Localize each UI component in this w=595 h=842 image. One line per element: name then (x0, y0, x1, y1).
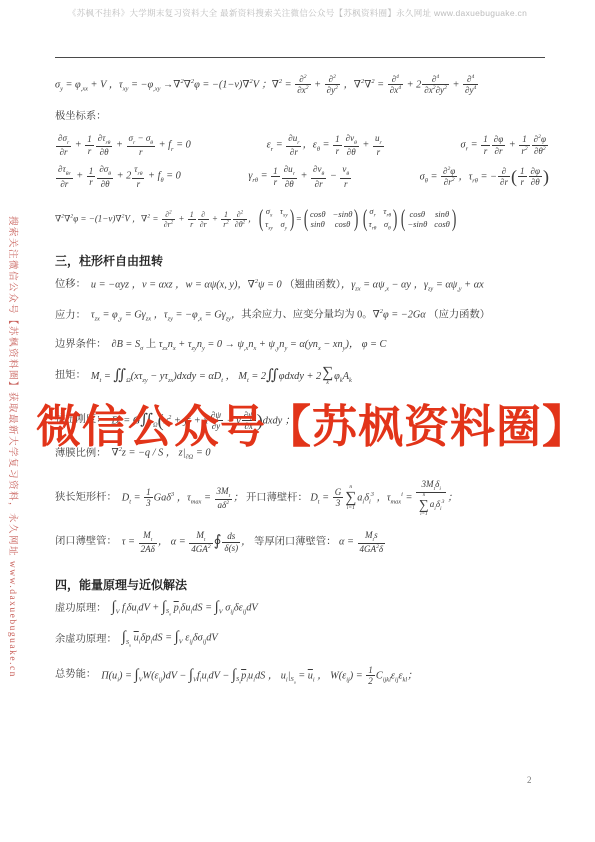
formula-label: 虚功原理： (55, 603, 106, 616)
formula-body: τ = Mt2Aδ， α = Mt4GA2∮dsδ(s)， 等厚闭口薄壁管： α… (122, 530, 386, 555)
formula-line: σy = φ,xx + V ，τxy = −φ,xy →∇2∇2φ = −(1−… (55, 74, 549, 96)
labeled-formula-line: 边界条件：∂B = Sσ 上 τzxnx + τzyny = 0 → ψ,xnx… (55, 339, 549, 353)
labeled-formula-line: 总势能：Π(ui) = ∫VW(εij)dV − ∫VfiuidV − ∫Sσp… (55, 665, 549, 687)
header-divider (55, 57, 545, 58)
labeled-formula-line: 闭口薄壁管：τ = Mt2Aδ， α = Mt4GA2∮dsδ(s)， 等厚闭口… (55, 530, 549, 555)
formula-cell: γrθ = 1r∂ur∂θ + ∂vθ∂r − vθr (248, 164, 352, 189)
page-number: 2 (527, 775, 532, 785)
labeled-formula-line: 应力：τzx = φ,y = Gγzx ，τzy = −φ,x = Gγzy，其… (55, 308, 549, 323)
formula-label: 边界条件： (55, 339, 106, 352)
labeled-formula-line: 余虚功原理：∫Su uiδpidS = ∫V εijδσijdV (55, 632, 549, 648)
formula-row: ∂σr∂r + 1r∂τrθ∂θ + σr − σθr + fr = 0εr =… (55, 133, 549, 158)
formula-cell: σr = 1r∂φ∂r + 1r2∂2φ∂θ2 (461, 134, 549, 156)
formula-label: 狭长矩形杆： (55, 492, 117, 505)
labeled-formula-line: 扭矩：Mt = ∬Ω(xτzy − yτzx)dxdy = αDt ， Mt =… (55, 366, 549, 387)
formula-body: τzx = φ,y = Gγzx ，τzy = −φ,x = Gγzy，其余应力… (91, 308, 490, 323)
section-heading: 三，柱形杆自由扭转 (55, 254, 549, 269)
formula-body: Mt = ∬Ω(xτzy − yτzx)dxdy = αDt ， Mt = 2∬… (91, 366, 352, 387)
side-watermark-text: 搜索关注微信公众号【苏枫资料圈】获取最新大学复习资料，永久网址 www.daxu… (7, 216, 21, 678)
formula-cell: εr = ∂ur∂r，εθ = 1r∂vθ∂θ + urr (267, 133, 385, 158)
formula-body: Dt = 13Gaδ3 ，τmax = 3Mtaδ2； 开口薄壁杆： Dt = … (122, 479, 458, 517)
labeled-formula-line: 位移：u = −αyz ，v = αxz ，w = αψ(x, y)，∇2ψ =… (55, 278, 549, 293)
document-page: 《苏枫不挂科》大学期末复习资料大全 最新资料搜索关注微信公众号【苏枫资料圈】永久… (0, 0, 595, 842)
formula-label: 总势能： (55, 669, 96, 682)
center-watermark-text: 微信公众号【苏枫资料圈】 (36, 390, 576, 455)
page-header-text: 《苏枫不挂科》大学期末复习资料大全 最新资料搜索关注微信公众号【苏枫资料圈】永久… (0, 7, 595, 19)
formula-cell: ∂σr∂r + 1r∂τrθ∂θ + σr − σθr + fr = 0 (55, 133, 191, 158)
formula-label: 位移： (55, 279, 86, 292)
formula-label: 余虚功原理： (55, 634, 117, 647)
formula-label: 闭口薄壁管： (55, 536, 117, 549)
formula-label: 扭矩： (55, 370, 86, 383)
formula-cell: ∂τθr∂r + 1r∂σθ∂θ + 2τrθr + fθ = 0 (55, 164, 181, 189)
labeled-formula-line: 虚功原理：∫V fiδuidV + ∫Sσ piδuidS = ∫V σijδε… (55, 602, 549, 618)
formula-line: ∇2∇2φ = −(1−ν)∇2V ，∇2 = ∂2∂r2 + 1r∂∂r + … (55, 206, 549, 233)
formula-body: Π(ui) = ∫VW(εij)dV − ∫VfiuidV − ∫Sσpiuid… (101, 665, 417, 687)
formula-cell: σθ = ∂2φ∂r2，τrθ = −∂∂r(1r∂φ∂θ) (420, 166, 549, 188)
formula-body: ∂B = Sσ 上 τzxnx + τzyny = 0 → ψ,xnx + ψ,… (111, 339, 386, 353)
labeled-formula-line: 狭长矩形杆：Dt = 13Gaδ3 ，τmax = 3Mtaδ2； 开口薄壁杆：… (55, 479, 549, 517)
line-label: 极坐标系： (55, 111, 544, 124)
formula-label: 应力： (55, 310, 86, 323)
formula-body: u = −αyz ，v = αxz ，w = αψ(x, y)，∇2ψ = 0 … (91, 278, 484, 293)
formula-body: ∫Su uiδpidS = ∫V εijδσijdV (122, 632, 218, 648)
formula-content: σy = φ,xx + V ，τxy = −φ,xy →∇2∇2φ = −(1−… (55, 74, 549, 699)
formula-body: ∫V fiδuidV + ∫Sσ piδuidS = ∫V σijδεijdV (111, 602, 257, 618)
formula-row: ∂τθr∂r + 1r∂σθ∂θ + 2τrθr + fθ = 0γrθ = 1… (55, 164, 549, 189)
section-heading: 四，能量原理与近似解法 (55, 578, 549, 593)
